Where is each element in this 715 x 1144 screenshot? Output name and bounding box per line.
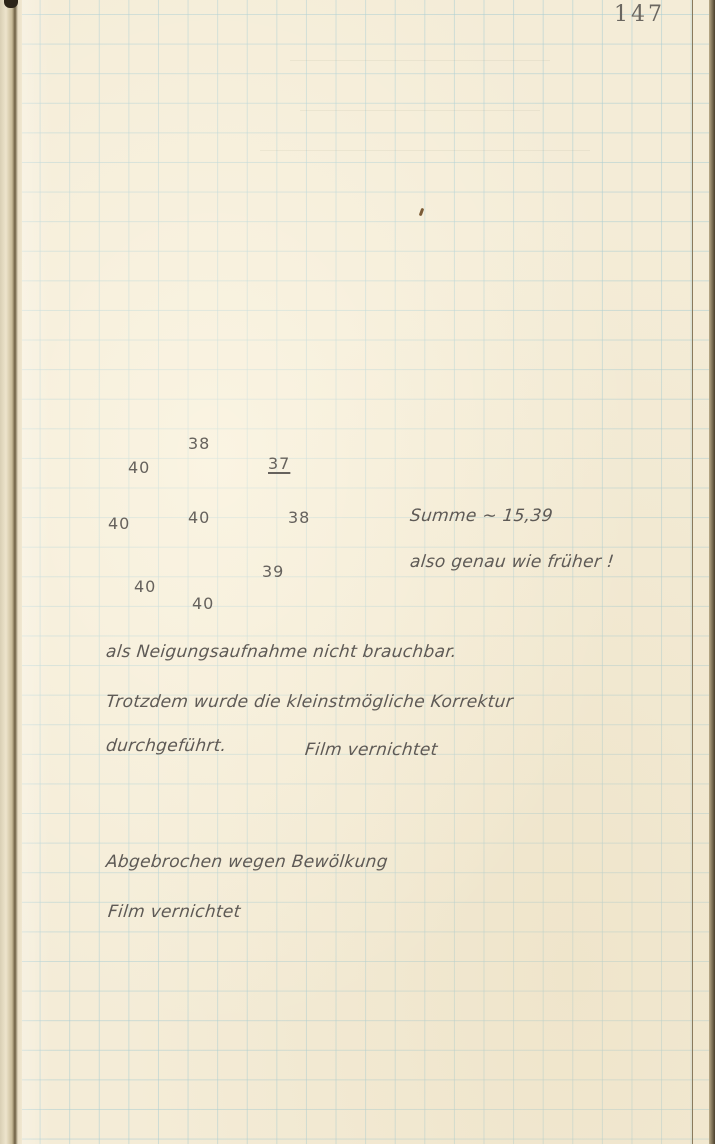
measurement-value: 40	[134, 577, 156, 596]
note-line-3a: durchgeführt.	[105, 736, 228, 756]
measurement-value-underlined: 37	[268, 454, 290, 473]
bleed-through-mark	[300, 110, 540, 111]
bleed-through-mark	[290, 60, 550, 61]
measurement-value: 38	[288, 508, 310, 527]
measurement-value: 38	[188, 434, 210, 453]
binding-shadow	[22, 0, 52, 1144]
note-line-3b: Film vernichtet	[304, 740, 439, 760]
sum-note: Summe ~ 15,39	[409, 506, 554, 526]
notebook-page: 147 38 40 37 40 40 38 39 40 40 Summe ~ 1…	[0, 0, 715, 1144]
measurement-value: 40	[192, 594, 214, 613]
measurement-value: 40	[128, 458, 150, 477]
bleed-through-mark	[260, 150, 590, 151]
ink-speck	[419, 208, 425, 217]
note-line-4: Abgebrochen wegen Bewölkung	[105, 852, 389, 872]
note-line-2: Trotzdem wurde die kleinstmögliche Korre…	[105, 692, 514, 712]
measurement-value: 39	[262, 562, 284, 581]
note-line-5: Film vernichtet	[107, 902, 242, 922]
page-number: 147	[614, 2, 665, 27]
notebook-binding	[0, 0, 22, 1144]
measurement-value: 40	[108, 514, 130, 533]
right-margin-line	[692, 0, 693, 1144]
comparison-note: also genau wie früher !	[409, 552, 615, 572]
page-edge	[709, 0, 715, 1144]
note-line-1: als Neigungsaufnahme nicht brauchbar.	[105, 642, 458, 662]
measurement-value: 40	[188, 508, 210, 527]
